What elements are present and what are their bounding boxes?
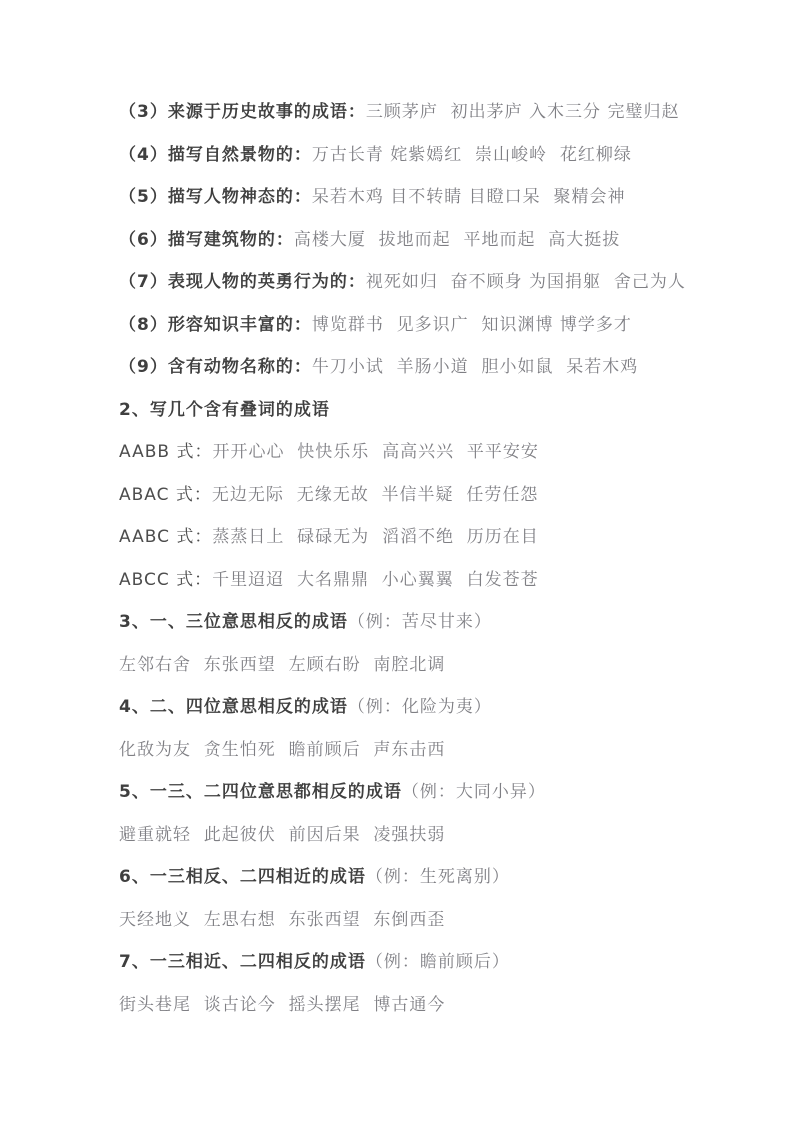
text-segment: 蒸蒸日上 碌碌无为 滔滔不绝 历历在目 <box>212 527 538 547</box>
text-line: （9）含有动物名称的：牛刀小试 羊肠小道 胆小如鼠 呆若木鸡 <box>119 346 719 389</box>
text-line: 4、二、四位意思相反的成语（例：化险为夷） <box>119 686 719 729</box>
text-segment: （5）描写人物神态的： <box>119 187 312 207</box>
text-segment: AABC 式： <box>119 527 212 547</box>
text-segment: 7、一三相近、二四相反的成语 <box>119 952 366 972</box>
text-segment: 6、一三相反、二四相近的成语 <box>119 867 366 887</box>
text-line: 3、一、三位意思相反的成语（例：苦尽甘来） <box>119 601 719 644</box>
text-line: 6、一三相反、二四相近的成语（例：生死离别） <box>119 856 719 899</box>
text-segment: 2、写几个含有叠词的成语 <box>119 400 330 420</box>
text-segment: （7）表现人物的英勇行为的： <box>119 272 366 292</box>
text-line: 避重就轻 此起彼伏 前因后果 凌强扶弱 <box>119 814 719 857</box>
text-segment: 开开心心 快快乐乐 高高兴兴 平平安安 <box>212 442 538 462</box>
text-line: 7、一三相近、二四相反的成语（例：瞻前顾后） <box>119 941 719 984</box>
text-segment: （例：瞻前顾后） <box>366 952 510 972</box>
text-line: （8）形容知识丰富的：博览群书 见多识广 知识渊博 博学多才 <box>119 304 719 347</box>
text-line: （6）描写建筑物的：高楼大厦 拔地而起 平地而起 高大挺拔 <box>119 219 719 262</box>
text-segment: （例：苦尽甘来） <box>348 612 492 632</box>
text-segment: 左邻右舍 东张西望 左顾右盼 南腔北调 <box>119 655 445 675</box>
text-line: （4）描写自然景物的：万古长青 姹紫嫣红 崇山峻岭 花红柳绿 <box>119 134 719 177</box>
text-segment: 三顾茅庐 初出茅庐 入木三分 完璧归赵 <box>366 102 680 122</box>
text-line: （7）表现人物的英勇行为的：视死如归 奋不顾身 为国捐躯 舍己为人 <box>119 261 719 304</box>
text-line: （3）来源于历史故事的成语：三顾茅庐 初出茅庐 入木三分 完璧归赵 <box>119 91 719 134</box>
idiom-notes-content: （3）来源于历史故事的成语：三顾茅庐 初出茅庐 入木三分 完璧归赵（4）描写自然… <box>119 91 719 1026</box>
text-line: AABB 式：开开心心 快快乐乐 高高兴兴 平平安安 <box>119 431 719 474</box>
text-segment: 视死如归 奋不顾身 为国捐躯 舍己为人 <box>366 272 686 292</box>
text-line: AABC 式：蒸蒸日上 碌碌无为 滔滔不绝 历历在目 <box>119 516 719 559</box>
text-segment: 博览群书 见多识广 知识渊博 博学多才 <box>312 315 632 335</box>
text-line: ABAC 式：无边无际 无缘无故 半信半疑 任劳任怨 <box>119 474 719 517</box>
text-segment: 高楼大厦 拔地而起 平地而起 高大挺拔 <box>294 230 620 250</box>
text-segment: 千里迢迢 大名鼎鼎 小心翼翼 白发苍苍 <box>212 570 538 590</box>
text-segment: （9）含有动物名称的： <box>119 357 312 377</box>
text-segment: AABB 式： <box>119 442 212 462</box>
text-line: 街头巷尾 谈古论今 摇头摆尾 博古通今 <box>119 984 719 1027</box>
text-line: 天经地义 左思右想 东张西望 东倒西歪 <box>119 899 719 942</box>
text-segment: 牛刀小试 羊肠小道 胆小如鼠 呆若木鸡 <box>312 357 638 377</box>
text-segment: （4）描写自然景物的： <box>119 145 312 165</box>
text-segment: 5、一三、二四位意思都相反的成语 <box>119 782 402 802</box>
text-segment: 4、二、四位意思相反的成语 <box>119 697 348 717</box>
text-segment: （例：生死离别） <box>366 867 510 887</box>
text-segment: 街头巷尾 谈古论今 摇头摆尾 博古通今 <box>119 995 445 1015</box>
text-line: 2、写几个含有叠词的成语 <box>119 389 719 432</box>
text-segment: （例：大同小异） <box>402 782 546 802</box>
text-segment: 化敌为友 贪生怕死 瞻前顾后 声东击西 <box>119 740 445 760</box>
text-segment: ABAC 式： <box>119 485 212 505</box>
text-segment: 天经地义 左思右想 东张西望 东倒西歪 <box>119 910 445 930</box>
text-segment: 无边无际 无缘无故 半信半疑 任劳任怨 <box>212 485 538 505</box>
text-segment: （例：化险为夷） <box>348 697 492 717</box>
text-segment: ABCC 式： <box>119 570 212 590</box>
text-segment: （6）描写建筑物的： <box>119 230 294 250</box>
text-segment: 避重就轻 此起彼伏 前因后果 凌强扶弱 <box>119 825 445 845</box>
text-line: 左邻右舍 东张西望 左顾右盼 南腔北调 <box>119 644 719 687</box>
text-segment: （3）来源于历史故事的成语： <box>119 102 366 122</box>
text-line: 5、一三、二四位意思都相反的成语（例：大同小异） <box>119 771 719 814</box>
text-segment: 呆若木鸡 目不转睛 目瞪口呆 聚精会神 <box>312 187 626 207</box>
text-segment: （8）形容知识丰富的： <box>119 315 312 335</box>
text-line: 化敌为友 贪生怕死 瞻前顾后 声东击西 <box>119 729 719 772</box>
text-line: （5）描写人物神态的：呆若木鸡 目不转睛 目瞪口呆 聚精会神 <box>119 176 719 219</box>
document-page: （3）来源于历史故事的成语：三顾茅庐 初出茅庐 入木三分 完璧归赵（4）描写自然… <box>0 0 794 1123</box>
text-segment: 万古长青 姹紫嫣红 崇山峻岭 花红柳绿 <box>312 145 632 165</box>
text-line: ABCC 式：千里迢迢 大名鼎鼎 小心翼翼 白发苍苍 <box>119 559 719 602</box>
text-segment: 3、一、三位意思相反的成语 <box>119 612 348 632</box>
